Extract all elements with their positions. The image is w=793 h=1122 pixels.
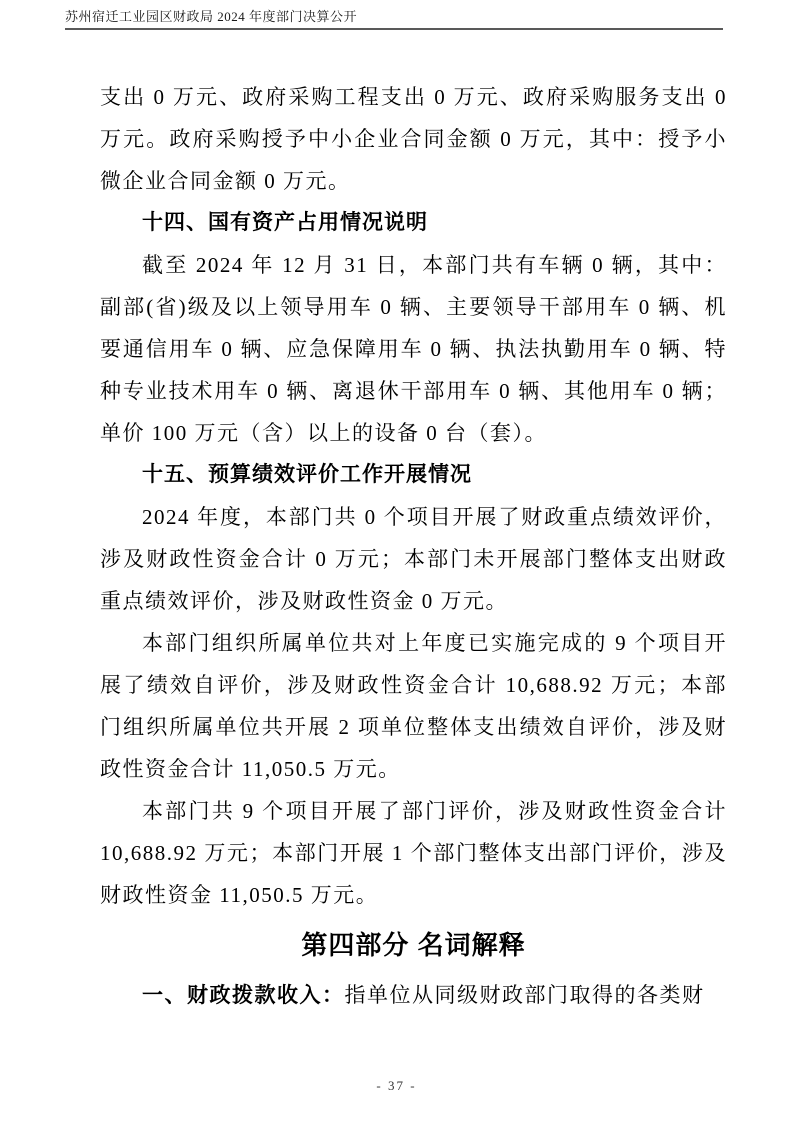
page-header: 苏州宿迁工业园区财政局 2024 年度部门决算公开 — [65, 8, 723, 30]
document-body: 支出 0 万元、政府采购工程支出 0 万元、政府采购服务支出 0 万元。政府采购… — [100, 76, 727, 1017]
section-heading: 十五、预算绩效评价工作开展情况 — [100, 454, 727, 496]
term-lead: 一、财政拨款收入： — [142, 984, 345, 1007]
part-title: 第四部分 名词解释 — [100, 916, 727, 974]
body-paragraph: 支出 0 万元、政府采购工程支出 0 万元、政府采购服务支出 0 万元。政府采购… — [100, 76, 727, 202]
body-paragraph: 本部门组织所属单位共对上年度已实施完成的 9 个项目开展了绩效自评价，涉及财政性… — [100, 622, 727, 790]
section-heading: 十四、国有资产占用情况说明 — [100, 202, 727, 244]
page-footer: - 37 - — [0, 1078, 793, 1094]
header-title: 苏州宿迁工业园区财政局 2024 年度部门决算公开 — [65, 8, 723, 25]
body-paragraph: 截至 2024 年 12 月 31 日，本部门共有车辆 0 辆，其中：副部(省)… — [100, 244, 727, 454]
page-number: - 37 - — [376, 1078, 416, 1093]
document-page: 苏州宿迁工业园区财政局 2024 年度部门决算公开 支出 0 万元、政府采购工程… — [0, 0, 793, 1122]
body-paragraph: 2024 年度，本部门共 0 个项目开展了财政重点绩效评价，涉及财政性资金合计 … — [100, 496, 727, 622]
body-paragraph: 本部门共 9 个项目开展了部门评价，涉及财政性资金合计 10,688.92 万元… — [100, 790, 727, 916]
body-paragraph: 一、财政拨款收入：指单位从同级财政部门取得的各类财 — [100, 974, 727, 1017]
